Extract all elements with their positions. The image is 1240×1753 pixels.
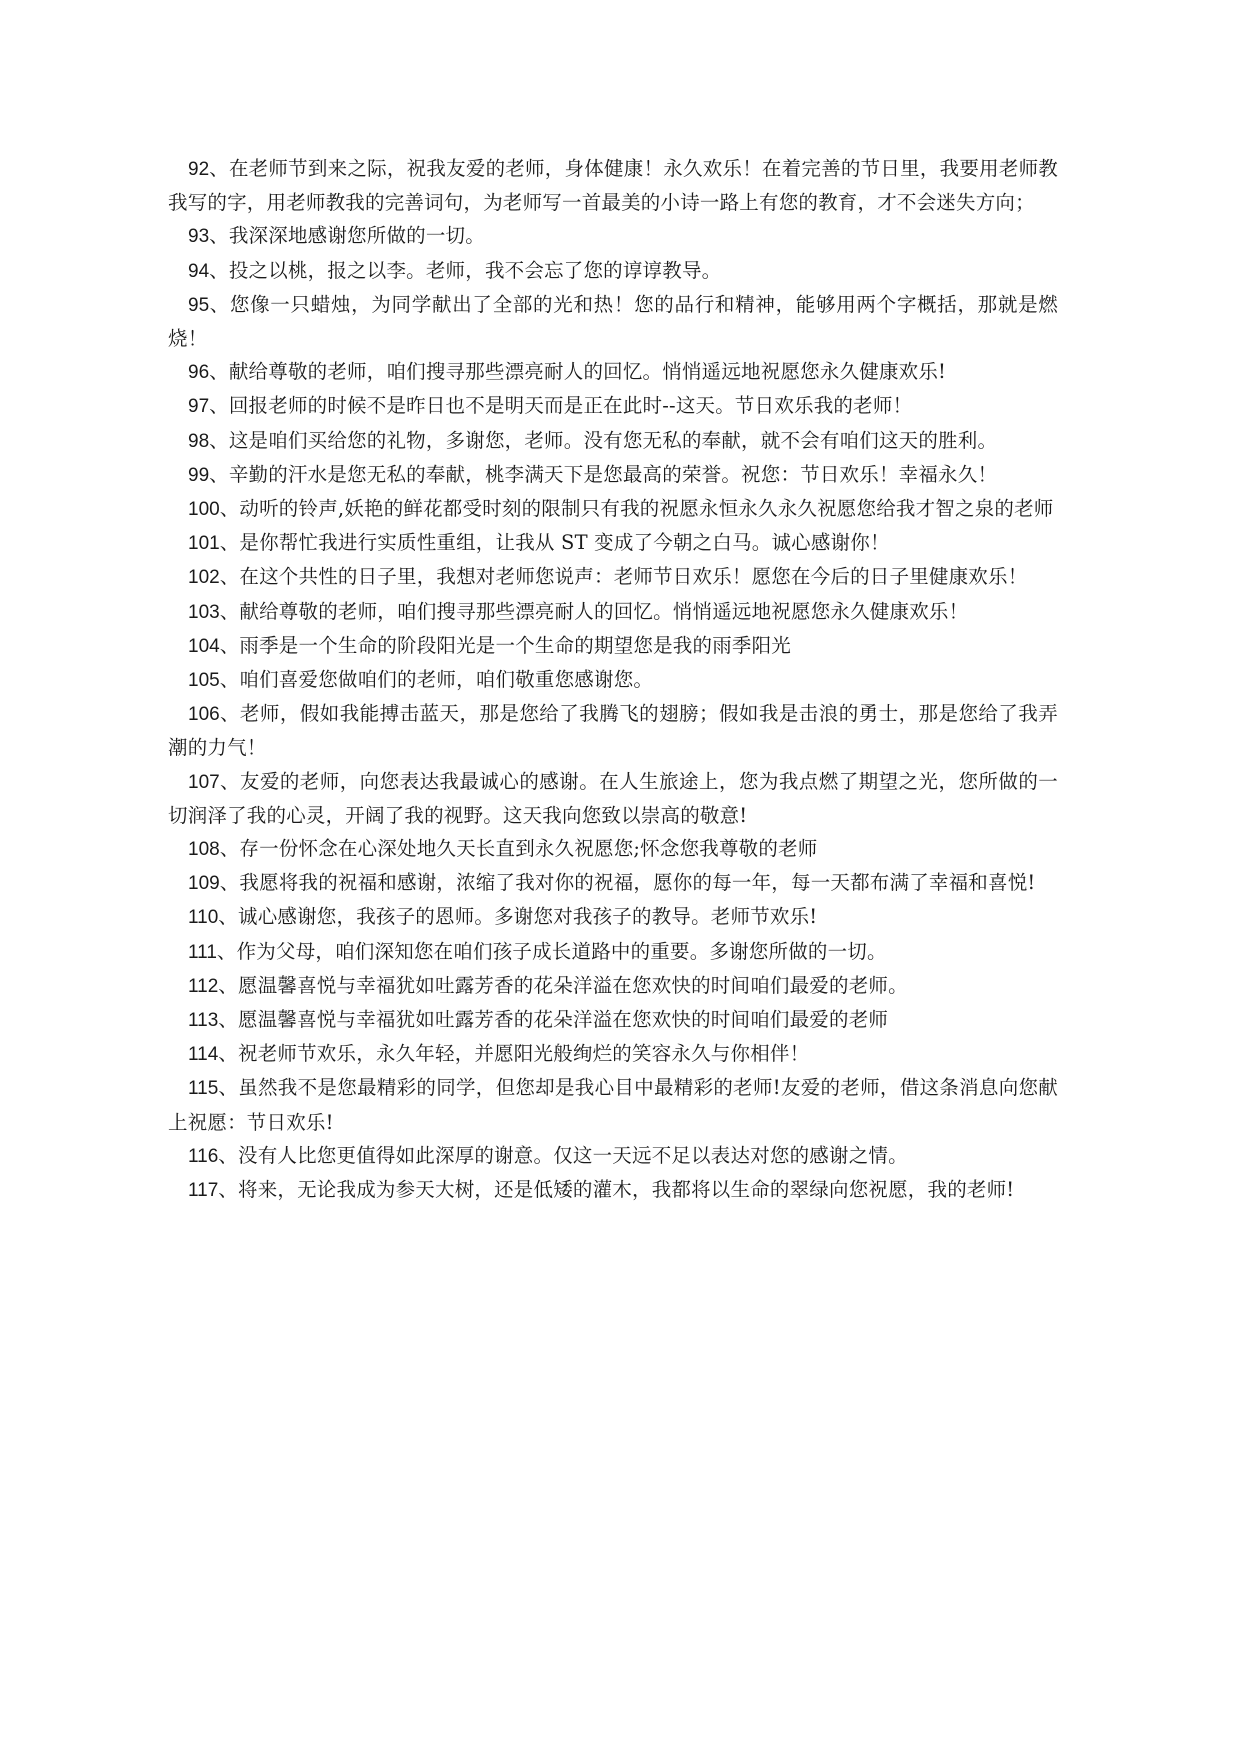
list-item: 106、老师，假如我能搏击蓝天，那是您给了我腾飞的翅膀；假如我是击浪的勇士，那是… — [168, 697, 1058, 764]
item-separator: 、 — [217, 940, 237, 963]
item-text: 诚心感谢您，我孩子的恩师。多谢您对我孩子的教导。老师节欢乐! — [238, 905, 817, 928]
item-text: 回报老师的时候不是昨日也不是明天而是正在此时--这天。节日欢乐我的老师！ — [229, 394, 912, 417]
list-item: 116、没有人比您更值得如此深厚的谢意。仅这一天远不足以表达对您的感谢之情。 — [168, 1139, 1058, 1173]
item-number: 96 — [188, 362, 209, 383]
item-text: 我深深地感谢您所做的一切。 — [229, 224, 485, 247]
item-number: 95 — [188, 295, 209, 316]
item-text: 祝老师节欢乐，永久年轻，并愿阳光般绚烂的笑容永久与你相伴！ — [238, 1042, 809, 1065]
item-number: 115 — [188, 1078, 218, 1099]
item-text: 愿温馨喜悦与幸福犹如吐露芳香的花朵洋溢在您欢快的时间咱们最爱的老师。 — [238, 974, 908, 997]
item-text: 雨季是一个生命的阶段阳光是一个生命的期望您是我的雨季阳光 — [239, 634, 791, 657]
item-number: 100 — [188, 499, 220, 520]
item-text: 没有人比您更值得如此深厚的谢意。仅这一天远不足以表达对您的感谢之情。 — [238, 1144, 908, 1167]
list-item: 107、友爱的老师，向您表达我最诚心的感谢。在人生旅途上，您为我点燃了期望之光，… — [168, 765, 1058, 832]
list-item: 93、我深深地感谢您所做的一切。 — [168, 219, 1058, 253]
item-separator: 、 — [220, 871, 240, 894]
item-separator: 、 — [218, 1178, 238, 1201]
list-item: 97、回报老师的时候不是昨日也不是明天而是正在此时--这天。节日欢乐我的老师！ — [168, 389, 1058, 423]
item-number: 109 — [188, 873, 220, 894]
list-item: 114、祝老师节欢乐，永久年轻，并愿阳光般绚烂的笑容永久与你相伴！ — [168, 1037, 1058, 1071]
item-number: 105 — [188, 670, 220, 691]
item-separator: 、 — [209, 394, 229, 417]
item-number: 113 — [188, 1010, 218, 1031]
item-text: 将来，无论我成为参天大树，还是低矮的灌木，我都将以生命的翠绿向您祝愿，我的老师! — [238, 1178, 1014, 1201]
item-text: 是你帮忙我进行实质性重组，让我从 ST 变成了今朝之白马。诚心感谢你！ — [239, 531, 889, 554]
list-item: 113、愿温馨喜悦与幸福犹如吐露芳香的花朵洋溢在您欢快的时间咱们最爱的老师 — [168, 1003, 1058, 1037]
list-item: 102、在这个共性的日子里，我想对老师您说声：老师节日欢乐！愿您在今后的日子里健… — [168, 560, 1058, 594]
item-separator: 、 — [209, 224, 229, 247]
item-number: 112 — [188, 976, 218, 997]
list-item: 101、是你帮忙我进行实质性重组，让我从 ST 变成了今朝之白马。诚心感谢你！ — [168, 526, 1058, 560]
list-item: 117、将来，无论我成为参天大树，还是低矮的灌木，我都将以生命的翠绿向您祝愿，我… — [168, 1173, 1058, 1207]
item-separator: 、 — [220, 565, 240, 588]
list-item: 96、献给尊敬的老师，咱们搜寻那些漂亮耐人的回忆。悄悄遥远地祝愿您永久健康欢乐! — [168, 355, 1058, 389]
item-separator: 、 — [218, 1076, 238, 1099]
list-item: 98、这是咱们买给您的礼物，多谢您，老师。没有您无私的奉献，就不会有咱们这天的胜… — [168, 424, 1058, 458]
item-text: 在老师节到来之际，祝我友爱的老师，身体健康！永久欢乐！在着完善的节日里，我要用老… — [168, 157, 1058, 214]
item-text: 您像一只蜡烛，为同学献出了全部的光和热！您的品行和精神，能够用两个字概括，那就是… — [168, 293, 1058, 350]
list-item: 103、献给尊敬的老师，咱们搜寻那些漂亮耐人的回忆。悄悄遥远地祝愿您永久健康欢乐… — [168, 595, 1058, 629]
item-separator: 、 — [220, 668, 240, 691]
item-separator: 、 — [209, 360, 229, 383]
list-item: 100、动听的铃声,妖艳的鲜花都受时刻的限制只有我的祝愿永恒永久永久祝愿您给我才… — [168, 492, 1058, 526]
item-separator: 、 — [220, 497, 240, 520]
item-number: 117 — [188, 1180, 218, 1201]
item-separator: 、 — [209, 429, 229, 452]
item-separator: 、 — [218, 1042, 238, 1065]
item-text: 虽然我不是您最精彩的同学，但您却是我心目中最精彩的老师!友爱的老师，借这条消息向… — [168, 1076, 1058, 1133]
item-separator: 、 — [218, 1008, 238, 1031]
list-item: 92、在老师节到来之际，祝我友爱的老师，身体健康！永久欢乐！在着完善的节日里，我… — [168, 152, 1058, 219]
item-separator: 、 — [209, 293, 230, 316]
item-text: 献给尊敬的老师，咱们搜寻那些漂亮耐人的回忆。悄悄遥远地祝愿您永久健康欢乐！ — [239, 600, 968, 623]
item-text: 献给尊敬的老师，咱们搜寻那些漂亮耐人的回忆。悄悄遥远地祝愿您永久健康欢乐! — [229, 360, 946, 383]
item-text: 辛勤的汗水是您无私的奉献，桃李满天下是您最高的荣誉。祝您：节日欢乐！幸福永久！ — [229, 463, 997, 486]
list-item: 115、虽然我不是您最精彩的同学，但您却是我心目中最精彩的老师!友爱的老师，借这… — [168, 1071, 1058, 1138]
item-number: 92 — [188, 159, 209, 180]
item-text: 咱们喜爱您做咱们的老师，咱们敬重您感谢您。 — [239, 668, 653, 691]
item-text: 我愿将我的祝福和感谢，浓缩了我对你的祝福，愿你的每一年，每一天都布满了幸福和喜悦… — [239, 871, 1035, 894]
item-number: 114 — [188, 1044, 218, 1065]
item-separator: 、 — [218, 974, 238, 997]
list-item: 109、我愿将我的祝福和感谢，浓缩了我对你的祝福，愿你的每一年，每一天都布满了幸… — [168, 866, 1058, 900]
item-separator: 、 — [209, 463, 229, 486]
item-text: 投之以桃，报之以李。老师，我不会忘了您的谆谆教导。 — [229, 259, 722, 282]
item-separator: 、 — [218, 905, 238, 928]
item-text: 愿温馨喜悦与幸福犹如吐露芳香的花朵洋溢在您欢快的时间咱们最爱的老师 — [238, 1008, 888, 1031]
item-separator: 、 — [220, 634, 240, 657]
item-text: 老师，假如我能搏击蓝天，那是您给了我腾飞的翅膀；假如我是击浪的勇士，那是您给了我… — [168, 702, 1058, 759]
item-text: 动听的铃声,妖艳的鲜花都受时刻的限制只有我的祝愿永恒永久永久祝愿您给我才智之泉的… — [239, 497, 1053, 520]
item-separator: 、 — [220, 600, 240, 623]
list-item: 95、您像一只蜡烛，为同学献出了全部的光和热！您的品行和精神，能够用两个字概括，… — [168, 288, 1058, 355]
list-item: 105、咱们喜爱您做咱们的老师，咱们敬重您感谢您。 — [168, 663, 1058, 697]
item-separator: 、 — [218, 1144, 238, 1167]
item-number: 111 — [188, 942, 217, 963]
item-number: 97 — [188, 396, 209, 417]
item-text: 友爱的老师，向您表达我最诚心的感谢。在人生旅途上，您为我点燃了期望之光，您所做的… — [168, 770, 1058, 827]
item-separator: 、 — [220, 837, 240, 860]
item-number: 110 — [188, 907, 218, 928]
list-item: 108、存一份怀念在心深处地久天长直到永久祝愿您;怀念您我尊敬的老师 — [168, 832, 1058, 866]
item-separator: 、 — [209, 157, 229, 180]
list-item: 112、愿温馨喜悦与幸福犹如吐露芳香的花朵洋溢在您欢快的时间咱们最爱的老师。 — [168, 969, 1058, 1003]
item-text: 在这个共性的日子里，我想对老师您说声：老师节日欢乐！愿您在今后的日子里健康欢乐！ — [239, 565, 1027, 588]
item-separator: 、 — [220, 702, 240, 725]
item-text: 作为父母，咱们深知您在咱们孩子成长道路中的重要。多谢您所做的一切。 — [237, 940, 887, 963]
item-number: 99 — [188, 465, 209, 486]
item-number: 108 — [188, 839, 220, 860]
item-text: 这是咱们买给您的礼物，多谢您，老师。没有您无私的奉献，就不会有咱们这天的胜利。 — [229, 429, 997, 452]
item-separator: 、 — [209, 259, 229, 282]
document-page: 92、在老师节到来之际，祝我友爱的老师，身体健康！永久欢乐！在着完善的节日里，我… — [168, 152, 1058, 1207]
item-text: 存一份怀念在心深处地久天长直到永久祝愿您;怀念您我尊敬的老师 — [239, 837, 817, 860]
item-number: 106 — [188, 704, 220, 725]
item-number: 107 — [188, 772, 220, 793]
list-item: 94、投之以桃，报之以李。老师，我不会忘了您的谆谆教导。 — [168, 254, 1058, 288]
item-separator: 、 — [220, 531, 240, 554]
list-item: 111、作为父母，咱们深知您在咱们孩子成长道路中的重要。多谢您所做的一切。 — [168, 935, 1058, 969]
list-item: 104、雨季是一个生命的阶段阳光是一个生命的期望您是我的雨季阳光 — [168, 629, 1058, 663]
item-separator: 、 — [220, 770, 240, 793]
item-number: 104 — [188, 636, 220, 657]
item-number: 116 — [188, 1146, 218, 1167]
item-number: 98 — [188, 431, 209, 452]
item-number: 103 — [188, 602, 220, 623]
list-item: 110、诚心感谢您，我孩子的恩师。多谢您对我孩子的教导。老师节欢乐! — [168, 900, 1058, 934]
item-number: 101 — [188, 533, 220, 554]
item-number: 94 — [188, 261, 209, 282]
item-number: 102 — [188, 567, 220, 588]
list-item: 99、辛勤的汗水是您无私的奉献，桃李满天下是您最高的荣誉。祝您：节日欢乐！幸福永… — [168, 458, 1058, 492]
item-number: 93 — [188, 226, 209, 247]
